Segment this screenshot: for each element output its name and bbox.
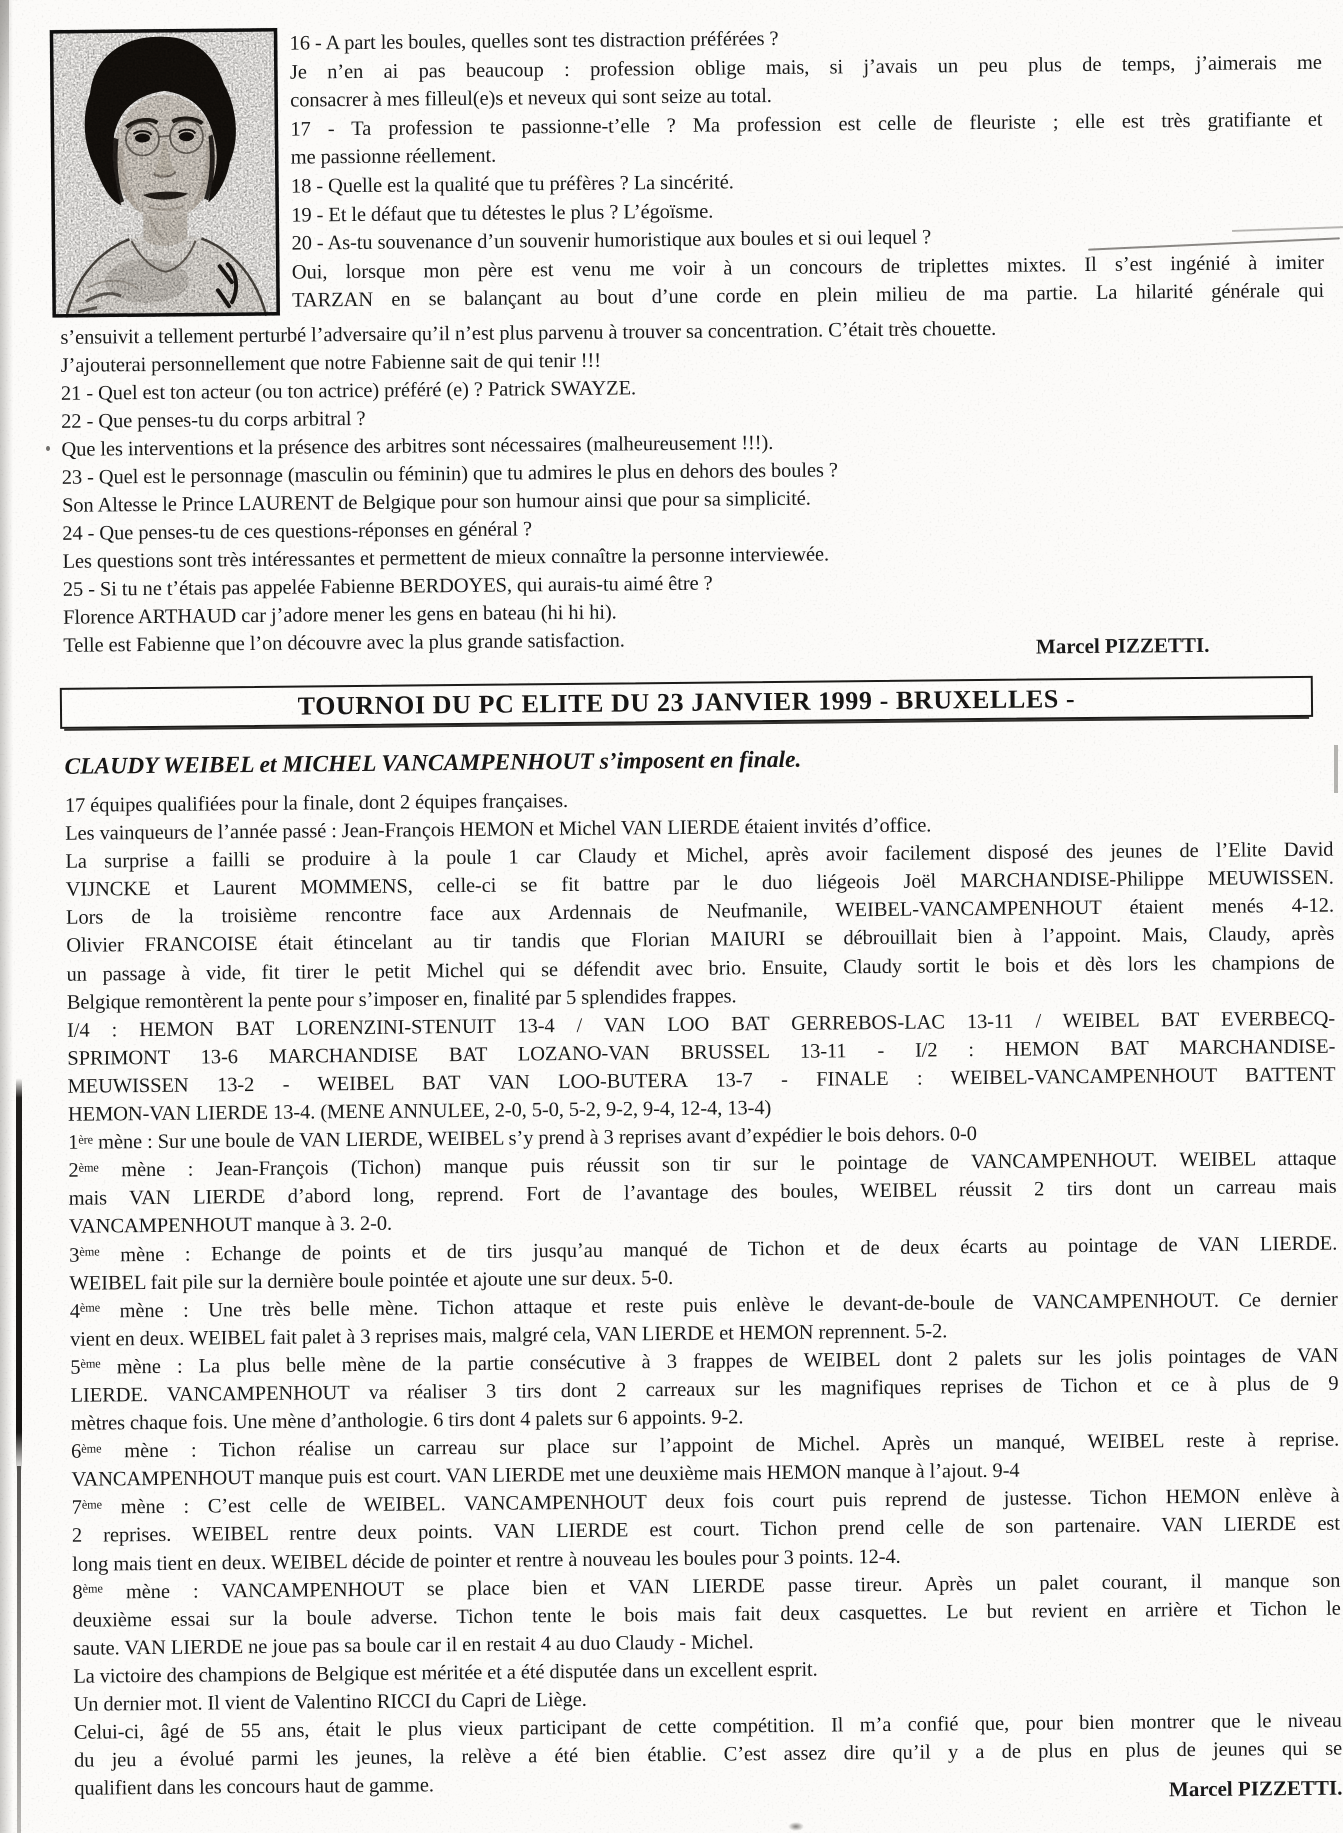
scan-left-shadow [0, 0, 13, 1833]
tournament-title-box: TOURNOI DU PC ELITE DU 23 JANVIER 1999 -… [60, 676, 1313, 729]
scan-edge-dark-line [16, 1078, 22, 1472]
portrait-photo [49, 28, 280, 318]
scan-top-left-streak [0, 0, 9, 150]
scan-edge-gray-line [17, 1466, 21, 1833]
tournament-title: TOURNOI DU PC ELITE DU 23 JANVIER 1999 -… [298, 684, 1076, 721]
tournament-subtitle: CLAUDY WEIBEL et MICHEL VANCAMPENHOUT s’… [64, 747, 801, 781]
interview-lines-beside-photo: 16 - A part les boules, quelles sont tes… [289, 20, 1324, 316]
interview-lines-full-width: s’ensuivit a tellement perturbé l’advers… [60, 312, 1331, 660]
scanned-newsletter-page: 16 - A part les boules, quelles sont tes… [0, 0, 1343, 1833]
tournament-report-lines: 17 équipes qualifiées pour la finale, do… [65, 780, 1343, 1804]
scan-right-tick [1334, 745, 1338, 793]
scan-ink-dot [46, 446, 50, 451]
page-number-mark [788, 1822, 804, 1831]
portrait-photo-image [49, 28, 280, 318]
page-content: 16 - A part les boules, quelles sont tes… [0, 0, 1343, 1833]
